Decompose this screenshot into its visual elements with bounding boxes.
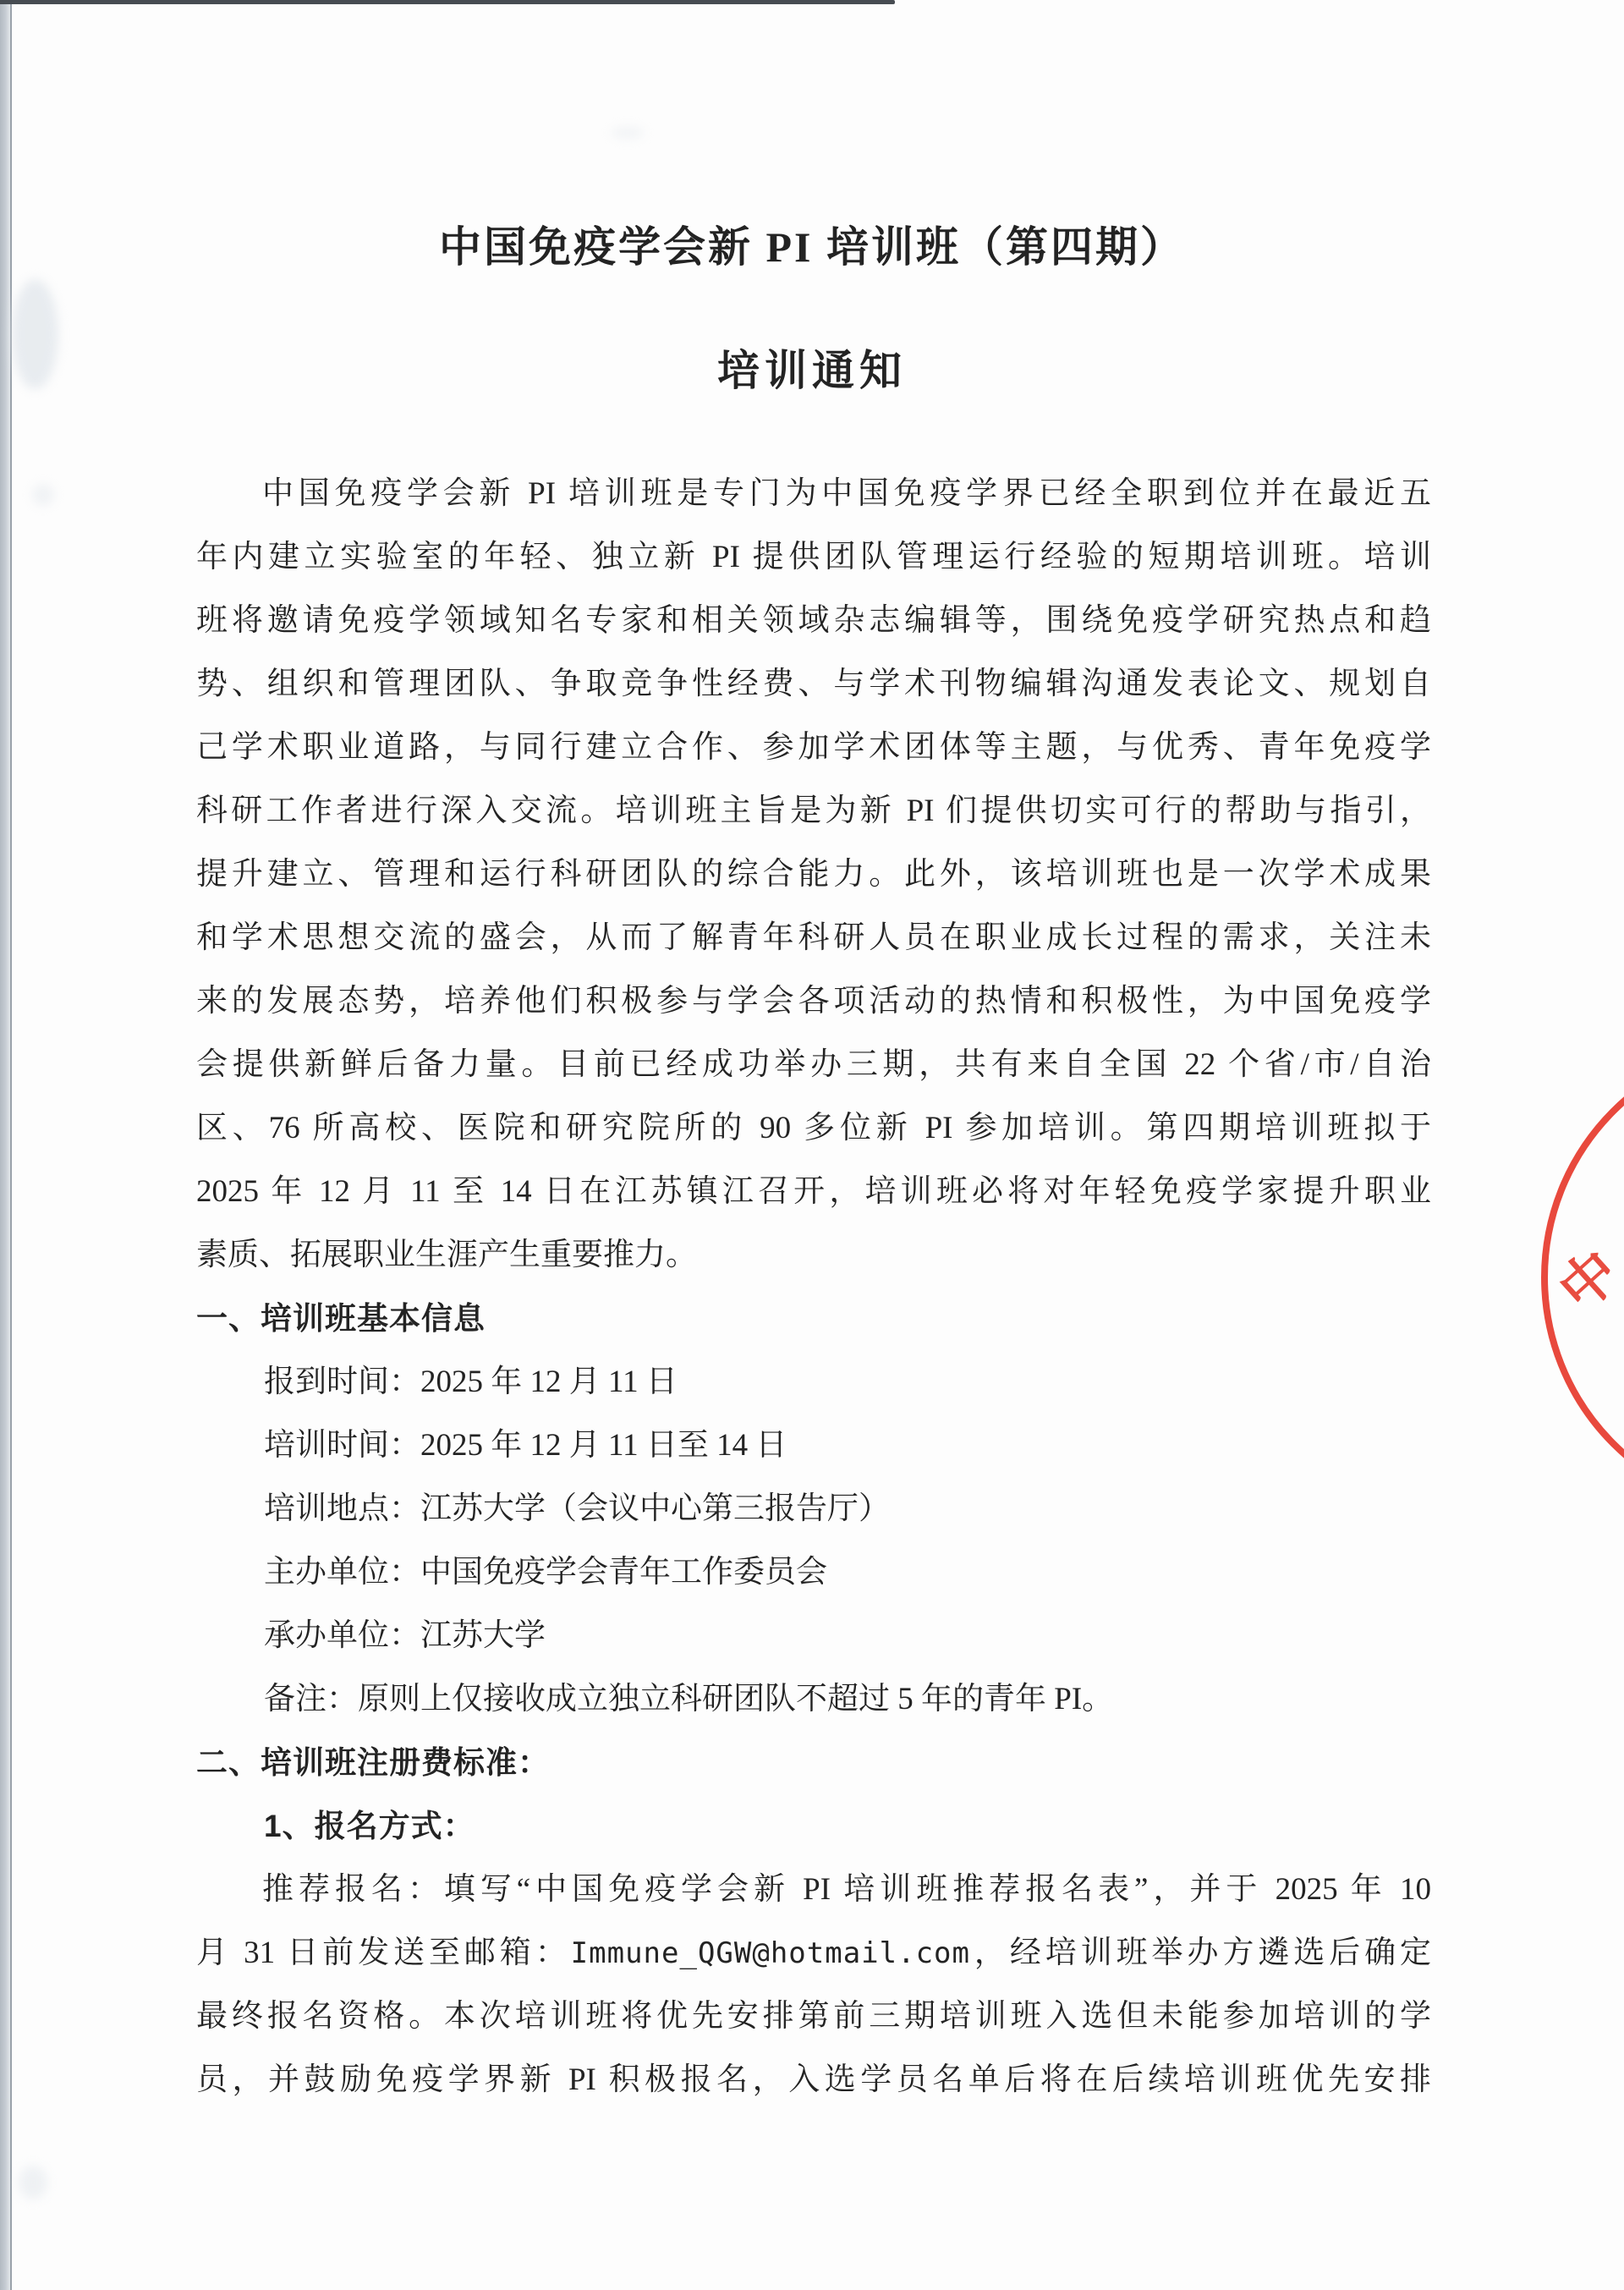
registration-line: 推荐报名：填写“中国免疫学会新 PI 培训班推荐报名表”，并于 2025 年 1… <box>196 1858 1431 1921</box>
document-page: 中国免疫学会新 PI 培训班（第四期） 培训通知 中国免疫学会新 PI 培训班是… <box>0 0 1624 2290</box>
document-body: 中国免疫学会新 PI 培训班是专门为中国免疫学界已经全职到位并在最近五 年内建立… <box>0 462 1624 2112</box>
registration-line: 员，并鼓励免疫学界新 PI 积极报名，入选学员名单后将在后续培训班优先安排 <box>196 2048 1431 2112</box>
section2-heading: 二、培训班注册费标准： <box>196 1731 1431 1794</box>
info-item-note: 备注：原则上仅接收成立独立科研团队不超过 5 年的青年 PI。 <box>196 1667 1431 1731</box>
scan-smudge <box>19 2166 47 2199</box>
intro-line: 势、组织和管理团队、争取竞争性经费、与学术刊物编辑沟通发表论文、规划自 <box>196 652 1431 716</box>
info-item-checkin-time: 报到时间：2025 年 12 月 11 日 <box>196 1350 1431 1414</box>
registration-line: 最终报名资格。本次培训班将优先安排第前三期培训班入选但未能参加培训的学 <box>196 1985 1431 2048</box>
intro-line: 己学术职业道路，与同行建立合作、参加学术团体等主题，与优秀、青年免疫学 <box>196 716 1431 779</box>
scan-smudge <box>12 279 58 389</box>
document-subtitle: 培训通知 <box>0 343 1624 398</box>
registration-line-text: ，经培训班举办方遴选后确定 <box>970 1936 1431 1970</box>
scan-top-line <box>0 0 895 4</box>
intro-line: 班将邀请免疫学领域知名专家和相关领域杂志编辑等，围绕免疫学研究热点和趋 <box>196 589 1431 652</box>
scan-smudge <box>611 127 645 139</box>
info-item-venue: 培训地点：江苏大学（会议中心第三报告厅） <box>196 1477 1431 1540</box>
info-item-organizer: 承办单位：江苏大学 <box>196 1604 1431 1667</box>
intro-line: 素质、拓展职业生涯产生重要推力。 <box>196 1223 1431 1287</box>
registration-line: 月 31 日前发送至邮箱：Immune_QGW@hotmail.com，经培训班… <box>196 1921 1431 1985</box>
info-item-host: 主办单位：中国免疫学会青年工作委员会 <box>196 1540 1431 1604</box>
intro-line: 年内建立实验室的年轻、独立新 PI 提供团队管理运行经验的短期培训班。培训 <box>196 525 1431 589</box>
intro-line: 来的发展态势，培养他们积极参与学会各项活动的热情和积极性，为中国免疫学 <box>196 969 1431 1033</box>
intro-line: 和学术思想交流的盛会，从而了解青年科研人员在职业成长过程的需求，关注未 <box>196 906 1431 969</box>
title-block: 中国免疫学会新 PI 培训班（第四期） 培训通知 <box>0 0 1624 398</box>
intro-line: 提升建立、管理和运行科研团队的综合能力。此外，该培训班也是一次学术成果 <box>196 843 1431 906</box>
intro-line: 科研工作者进行深入交流。培训班主旨是为新 PI 们提供切实可行的帮助与指引， <box>196 779 1431 843</box>
intro-line: 会提供新鲜后备力量。目前已经成功举办三期，共有来自全国 22 个省/市/自治 <box>196 1033 1431 1096</box>
section1-heading: 一、培训班基本信息 <box>196 1287 1431 1350</box>
registration-email[interactable]: Immune_QGW@hotmail.com <box>571 1936 970 1970</box>
document-title: 中国免疫学会新 PI 培训班（第四期） <box>0 220 1624 274</box>
registration-line-text: 月 31 日前发送至邮箱： <box>196 1936 571 1970</box>
intro-line: 中国免疫学会新 PI 培训班是专门为中国免疫学界已经全职到位并在最近五 <box>196 462 1431 525</box>
info-item-training-time: 培训时间：2025 年 12 月 11 日至 14 日 <box>196 1414 1431 1477</box>
section2-sub-heading: 1、报名方式： <box>196 1794 1431 1858</box>
intro-line: 区、76 所高校、医院和研究院所的 90 多位新 PI 参加培训。第四期培训班拟… <box>196 1096 1431 1160</box>
scan-edge-strip <box>0 0 12 2290</box>
scan-smudge <box>32 484 54 506</box>
intro-line: 2025 年 12 月 11 至 14 日在江苏镇江召开，培训班必将对年轻免疫学… <box>196 1160 1431 1223</box>
